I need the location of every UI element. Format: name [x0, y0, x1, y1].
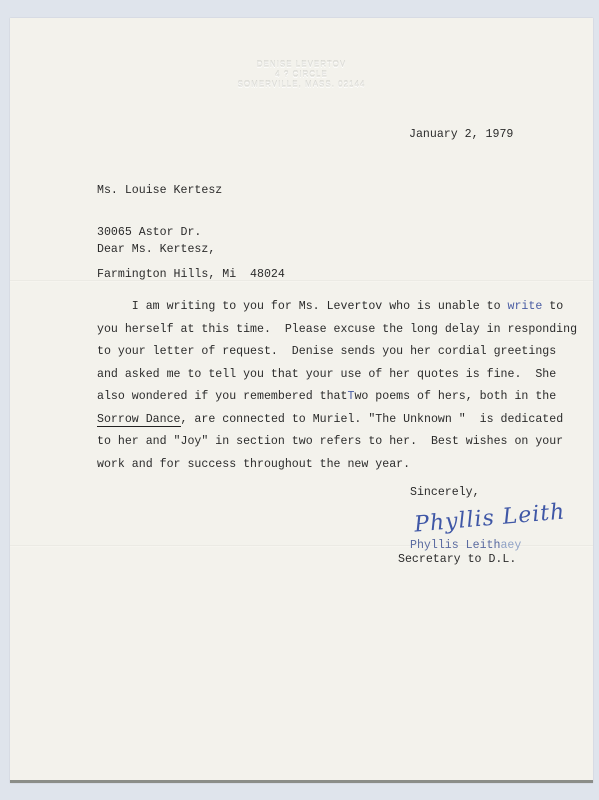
body-text: , are connected to Muriel. "The Unknown …	[181, 413, 564, 426]
body-text: to her and "Joy" in section two refers t…	[97, 435, 563, 448]
closing: Sincerely,	[410, 486, 480, 499]
sender-title: Secretary to D.L.	[398, 553, 516, 566]
body-line: also wondered if you remembered thatTwo …	[97, 386, 577, 409]
underlined-title: Sorrow Dance	[97, 413, 181, 427]
embossed-letterhead: DENISE LEVERTOV 4 ? CIRCLE SOMERVILLE, M…	[10, 60, 593, 90]
body-text: also wondered if you remembered that	[97, 390, 347, 403]
handwritten-signature: Phyllis Leith	[413, 499, 566, 537]
recipient-street: 30065 Astor Dr.	[97, 226, 285, 240]
body-text: I am writing to you for Ms. Levertov who…	[97, 300, 508, 313]
body-line: I am writing to you for Ms. Levertov who…	[97, 296, 577, 319]
letterhead-line: 4 ? CIRCLE	[10, 70, 593, 80]
body-line: you herself at this time. Please excuse …	[97, 319, 577, 342]
letterhead-line: SOMERVILLE, MASS. 02144	[10, 80, 593, 90]
recipient-city: Farmington Hills, Mi 48024	[97, 268, 285, 282]
sender-name: Phyllis Leith	[410, 539, 500, 552]
body-line: Sorrow Dance, are connected to Muriel. "…	[97, 409, 577, 432]
letterhead-line: DENISE LEVERTOV	[10, 60, 593, 70]
salutation: Dear Ms. Kertesz,	[97, 243, 215, 256]
letter-date: January 2, 1979	[409, 128, 513, 141]
body-line: to her and "Joy" in section two refers t…	[97, 431, 577, 454]
body-text: work and for success throughout the new …	[97, 458, 410, 471]
body-text: to	[542, 300, 563, 313]
body-line: work and for success throughout the new …	[97, 454, 577, 477]
ink-correction: write	[508, 300, 543, 313]
body-text: you herself at this time. Please excuse …	[97, 323, 577, 336]
body-text: and asked me to tell you that your use o…	[97, 368, 556, 381]
recipient-address: Ms. Louise Kertesz 30065 Astor Dr. Farmi…	[97, 156, 285, 310]
body-line: to your letter of request. Denise sends …	[97, 341, 577, 364]
letter-page: DENISE LEVERTOV 4 ? CIRCLE SOMERVILLE, M…	[10, 18, 593, 783]
typed-sender-name: Phyllis Leithaey	[410, 539, 521, 552]
sender-name-faded: aey	[500, 539, 521, 552]
body-text: wo poems of hers, both in the	[354, 390, 556, 403]
body-line: and asked me to tell you that your use o…	[97, 364, 577, 387]
recipient-name: Ms. Louise Kertesz	[97, 184, 285, 198]
letter-body: I am writing to you for Ms. Levertov who…	[97, 296, 577, 476]
body-text: to your letter of request. Denise sends …	[97, 345, 556, 358]
